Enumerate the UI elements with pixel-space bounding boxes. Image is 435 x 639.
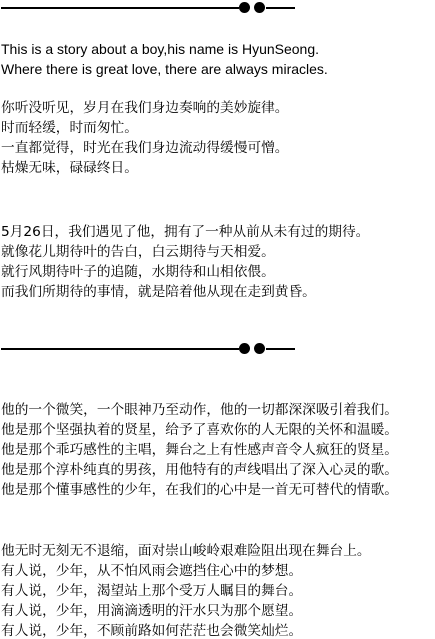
paragraph-line: 你听没听见，岁月在我们身边奏响的美妙旋律。	[1, 98, 288, 118]
paragraph-line: 他是那个乖巧感性的主唱，舞台之上有性感声音令人疯狂的贤星。	[1, 440, 398, 460]
divider-line-right	[266, 7, 295, 9]
divider-dot-icon	[254, 2, 265, 13]
paragraph-2: 5月26日，我们遇见了他，拥有了一种从前从未有过的期待。 就像花儿期待叶的告白，…	[1, 222, 369, 302]
divider-dot-icon	[239, 343, 250, 354]
paragraph-line: 一直都觉得，时光在我们身边流动得缓慢可憎。	[1, 138, 288, 158]
paragraph-line: 有人说，少年，渴望站上那个受万人瞩目的舞台。	[1, 581, 371, 601]
divider-dot-icon	[239, 2, 250, 13]
paragraph-line: 时而轻缓，时而匆忙。	[1, 118, 288, 138]
paragraph-line: 5月26日，我们遇见了他，拥有了一种从前从未有过的期待。	[1, 222, 369, 242]
intro-line: Where there is great love, there are alw…	[1, 59, 328, 79]
divider-dot-icon	[254, 343, 265, 354]
intro-text: This is a story about a boy,his name is …	[1, 39, 328, 79]
paragraph-line: 枯燥无味，碌碌终日。	[1, 158, 288, 178]
paragraph-line: 他是那个坚强执着的贤星，给予了喜欢你的人无限的关怀和温暖。	[1, 420, 398, 440]
paragraph-line: 而我们所期待的事情，就是陪着他从现在走到黄昏。	[1, 282, 369, 302]
paragraph-line: 有人说，少年，从不怕风雨会遮挡住心中的梦想。	[1, 561, 371, 581]
divider-line-right	[266, 348, 295, 350]
paragraph-line: 他是那个懂事感性的少年，在我们的心中是一首无可替代的情歌。	[1, 480, 398, 500]
divider-top	[0, 1, 296, 15]
paragraph-line: 有人说，少年，不顾前路如何茫茫也会微笑灿烂。	[1, 621, 371, 639]
paragraph-line: 就行风期待叶子的追随，水期待和山相依偎。	[1, 262, 369, 282]
paragraph-line: 他无时无刻无不退缩，面对崇山峻岭艰难险阻出现在舞台上。	[1, 541, 371, 561]
intro-line: This is a story about a boy,his name is …	[1, 39, 328, 59]
paragraph-4: 他无时无刻无不退缩，面对崇山峻岭艰难险阻出现在舞台上。 有人说，少年，从不怕风雨…	[1, 541, 371, 639]
paragraph-3: 他的一个微笑，一个眼神乃至动作，他的一切都深深吸引着我们。 他是那个坚强执着的贤…	[1, 400, 398, 500]
paragraph-line: 就像花儿期待叶的告白，白云期待与天相爱。	[1, 242, 369, 262]
paragraph-line: 他的一个微笑，一个眼神乃至动作，他的一切都深深吸引着我们。	[1, 400, 398, 420]
paragraph-line: 有人说，少年，用滴滴透明的汗水只为那个愿望。	[1, 601, 371, 621]
paragraph-line: 他是那个淳朴纯真的男孩，用他特有的声线唱出了深入心灵的歌。	[1, 460, 398, 480]
paragraph-1: 你听没听见，岁月在我们身边奏响的美妙旋律。 时而轻缓，时而匆忙。 一直都觉得，时…	[1, 98, 288, 178]
divider-line-left	[1, 7, 239, 9]
divider-middle	[0, 342, 296, 356]
divider-line-left	[1, 348, 239, 350]
